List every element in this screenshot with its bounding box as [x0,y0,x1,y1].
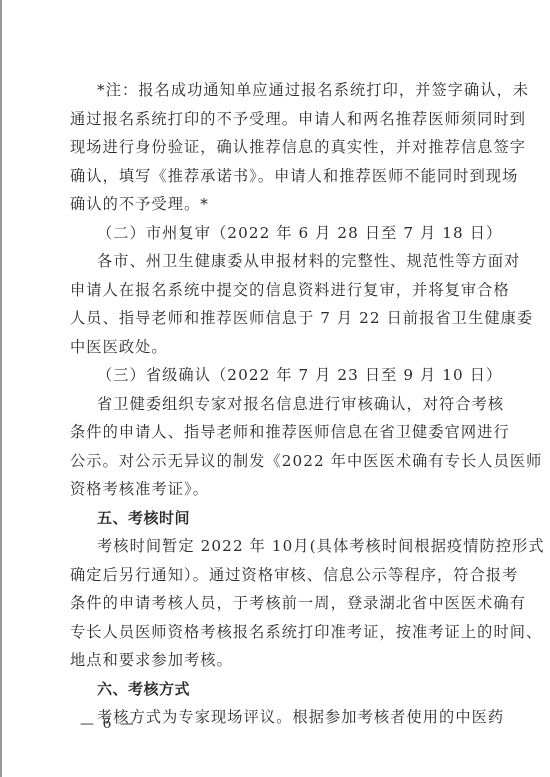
page-number: — 6 — [80,716,136,732]
section-heading-exam-method: 六、考核方式 [70,675,480,704]
subheading-city-review: （二）市州复审（2022 年 6 月 28 日至 7 月 18 日） [70,219,480,248]
paragraph-line: 各市、州卫生健康委从申报材料的完整性、规范性等方面对 [70,247,480,276]
section-heading-exam-time: 五、考核时间 [70,504,480,533]
scan-left-edge [0,0,2,777]
note-paragraph-line: *注：报名成功通知单应通过报名系统打印，并签字确认，未 [70,76,480,105]
note-paragraph-line: 现场进行身份验证，确认推荐信息的真实性，并对推荐信息签字 [70,133,480,162]
document-body: *注：报名成功通知单应通过报名系统打印，并签字确认，未 通过报名系统打印的不予受… [70,76,480,732]
note-paragraph-line: 确认的不予受理。* [70,190,480,219]
paragraph-line: 专长人员医师资格考核报名系统打印准考证，按准考证上的时间、 [70,618,480,647]
paragraph-line: 省卫健委组织专家对报名信息进行审核确认，对符合考核 [70,390,480,419]
subheading-province-confirm: （三）省级确认（2022 年 7 月 23 日至 9 月 10 日） [70,361,480,390]
paragraph-line: 考核时间暂定 2022 年 10月(具体考核时间根据疫情防控形式 [70,532,480,561]
paragraph-line: 条件的申请人、指导老师和推荐医师信息在省卫健委官网进行 [70,418,480,447]
paragraph-line: 公示。对公示无异议的制发《2022 年中医医术确有专长人员医师 [70,447,480,476]
paragraph-line: 资格考核准考证》。 [70,475,480,504]
note-paragraph-line: 确认，填写《推荐承诺书》。申请人和推荐医师不能同时到现场 [70,162,480,191]
paragraph-line: 中医医政处。 [70,333,480,362]
paragraph-line: 地点和要求参加考核。 [70,646,480,675]
paragraph-line: 人员、指导老师和推荐医师信息于 7 月 22 日前报省卫生健康委 [70,304,480,333]
paragraph-line: 条件的申请考核人员，于考核前一周，登录湖北省中医医术确有 [70,589,480,618]
note-paragraph-line: 通过报名系统打印的不予受理。申请人和两名推荐医师须同时到 [70,105,480,134]
paragraph-line: 确定后另行通知）。通过资格审核、信息公示等程序，符合报考 [70,561,480,590]
paragraph-line: 申请人在报名系统中提交的信息资料进行复审，并将复审合格 [70,276,480,305]
